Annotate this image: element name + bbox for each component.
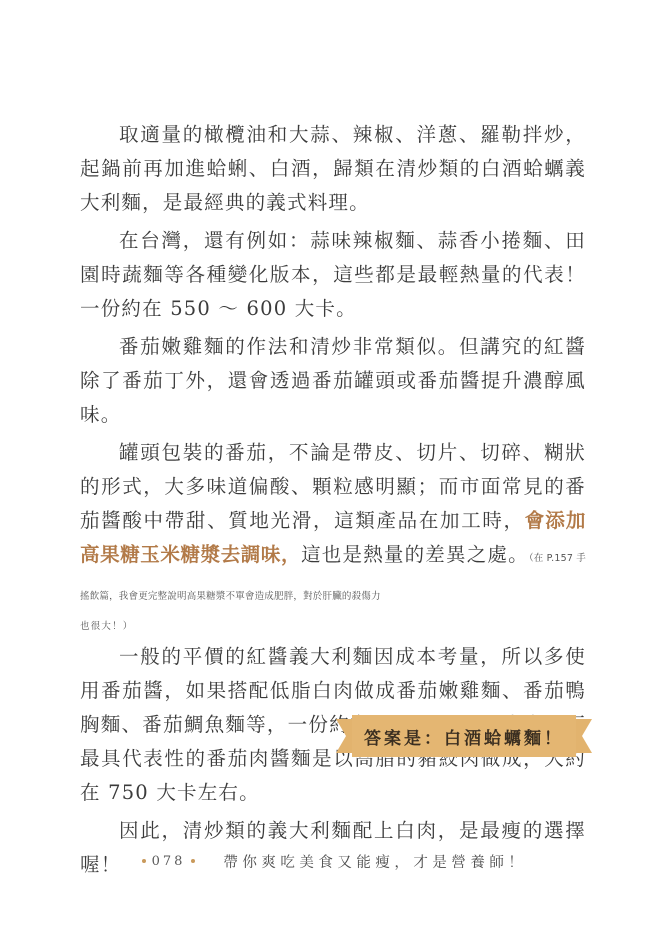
body-text: 取適量的橄欖油和大蒜、辣椒、洋蔥、羅勒拌炒，起鍋前再加進蛤蜊、白酒，歸類在清炒類… — [80, 118, 586, 886]
canned-tomato-text-end: 這也是熱量的差異之處。 — [301, 543, 529, 566]
page-footer: 078 帶你爽吃美食又能瘦，才是營養師！ — [0, 849, 663, 873]
canned-tomato-text: 罐頭包裝的番茄，不論是帶皮、切片、切碎、糊狀的形式，大多味道偏酸、顆粒感明顯；而… — [80, 441, 586, 532]
book-title: 帶你爽吃美食又能瘦，才是營養師！ — [223, 851, 527, 872]
dot-ornament-icon — [142, 859, 146, 863]
paragraph-olive-oil-clams: 取適量的橄欖油和大蒜、辣椒、洋蔥、羅勒拌炒，起鍋前再加進蛤蜊、白酒，歸類在清炒類… — [80, 118, 586, 220]
paragraph-canned-tomato: 罐頭包裝的番茄，不論是帶皮、切片、切碎、糊狀的形式，大多味道偏酸、顆粒感明顯；而… — [80, 436, 586, 638]
footnote-reference-end: 也很大！） — [80, 616, 586, 638]
page-number: 078 — [152, 854, 186, 869]
page-number-block: 078 — [136, 854, 202, 869]
dot-ornament-icon — [191, 859, 195, 863]
paragraph-tomato-chicken: 番茄嫩雞麵的作法和清炒非常類似。但講究的紅醬除了番茄丁外，還會透過番茄罐頭或番茄… — [80, 330, 586, 432]
answer-banner: 答案是：白酒蛤蠣麵！ — [336, 713, 592, 759]
book-page: 取適量的橄欖油和大蒜、辣椒、洋蔥、羅勒拌炒，起鍋前再加進蛤蜊、白酒，歸類在清炒類… — [0, 0, 663, 932]
paragraph-taiwan-variants: 在台灣，還有例如：蒜味辣椒麵、蒜香小捲麵、田園時蔬麵等各種變化版本，這些都是最輕… — [80, 224, 586, 326]
answer-banner-label: 答案是：白酒蛤蠣麵！ — [336, 713, 592, 759]
